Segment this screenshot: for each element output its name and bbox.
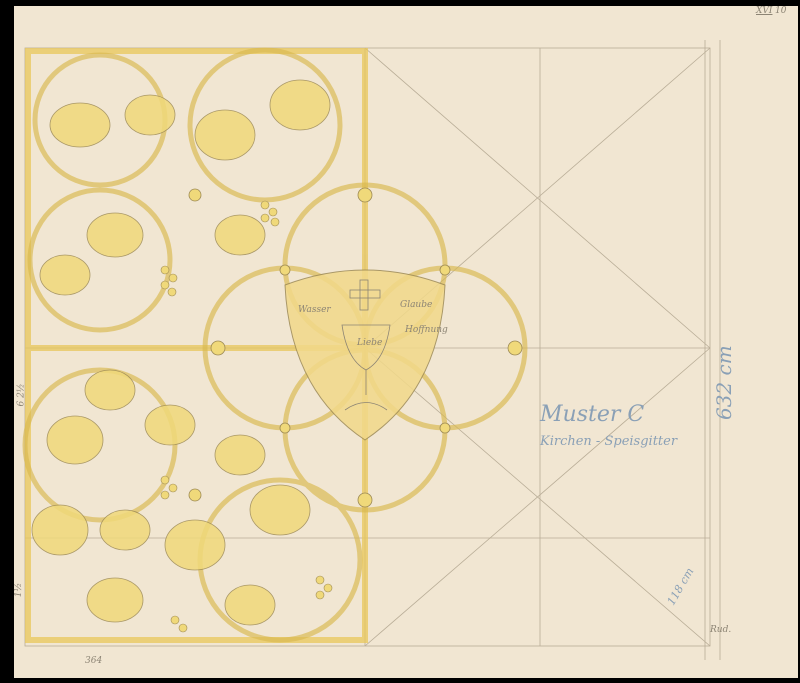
height-dimension: 632 cm <box>712 345 736 420</box>
subtitle-annotation: Kirchen - Speisgitter <box>540 434 677 449</box>
title-annotation: Muster C <box>540 402 644 427</box>
corner-number: 10 <box>775 6 786 16</box>
signature: Rud. <box>710 625 731 635</box>
shield-label-2: Glaube <box>400 300 432 310</box>
left-margin-bottom: 1½ <box>14 583 24 597</box>
bottom-left-number: 364 <box>85 656 102 666</box>
shield-label-3: Hoffnung <box>405 325 448 335</box>
shield-label-1: Wasser <box>298 305 331 315</box>
shield-label-4: Liebe <box>357 338 382 348</box>
sheet-number: XVI <box>756 6 772 16</box>
left-margin-top: 6 2½ <box>17 383 27 406</box>
